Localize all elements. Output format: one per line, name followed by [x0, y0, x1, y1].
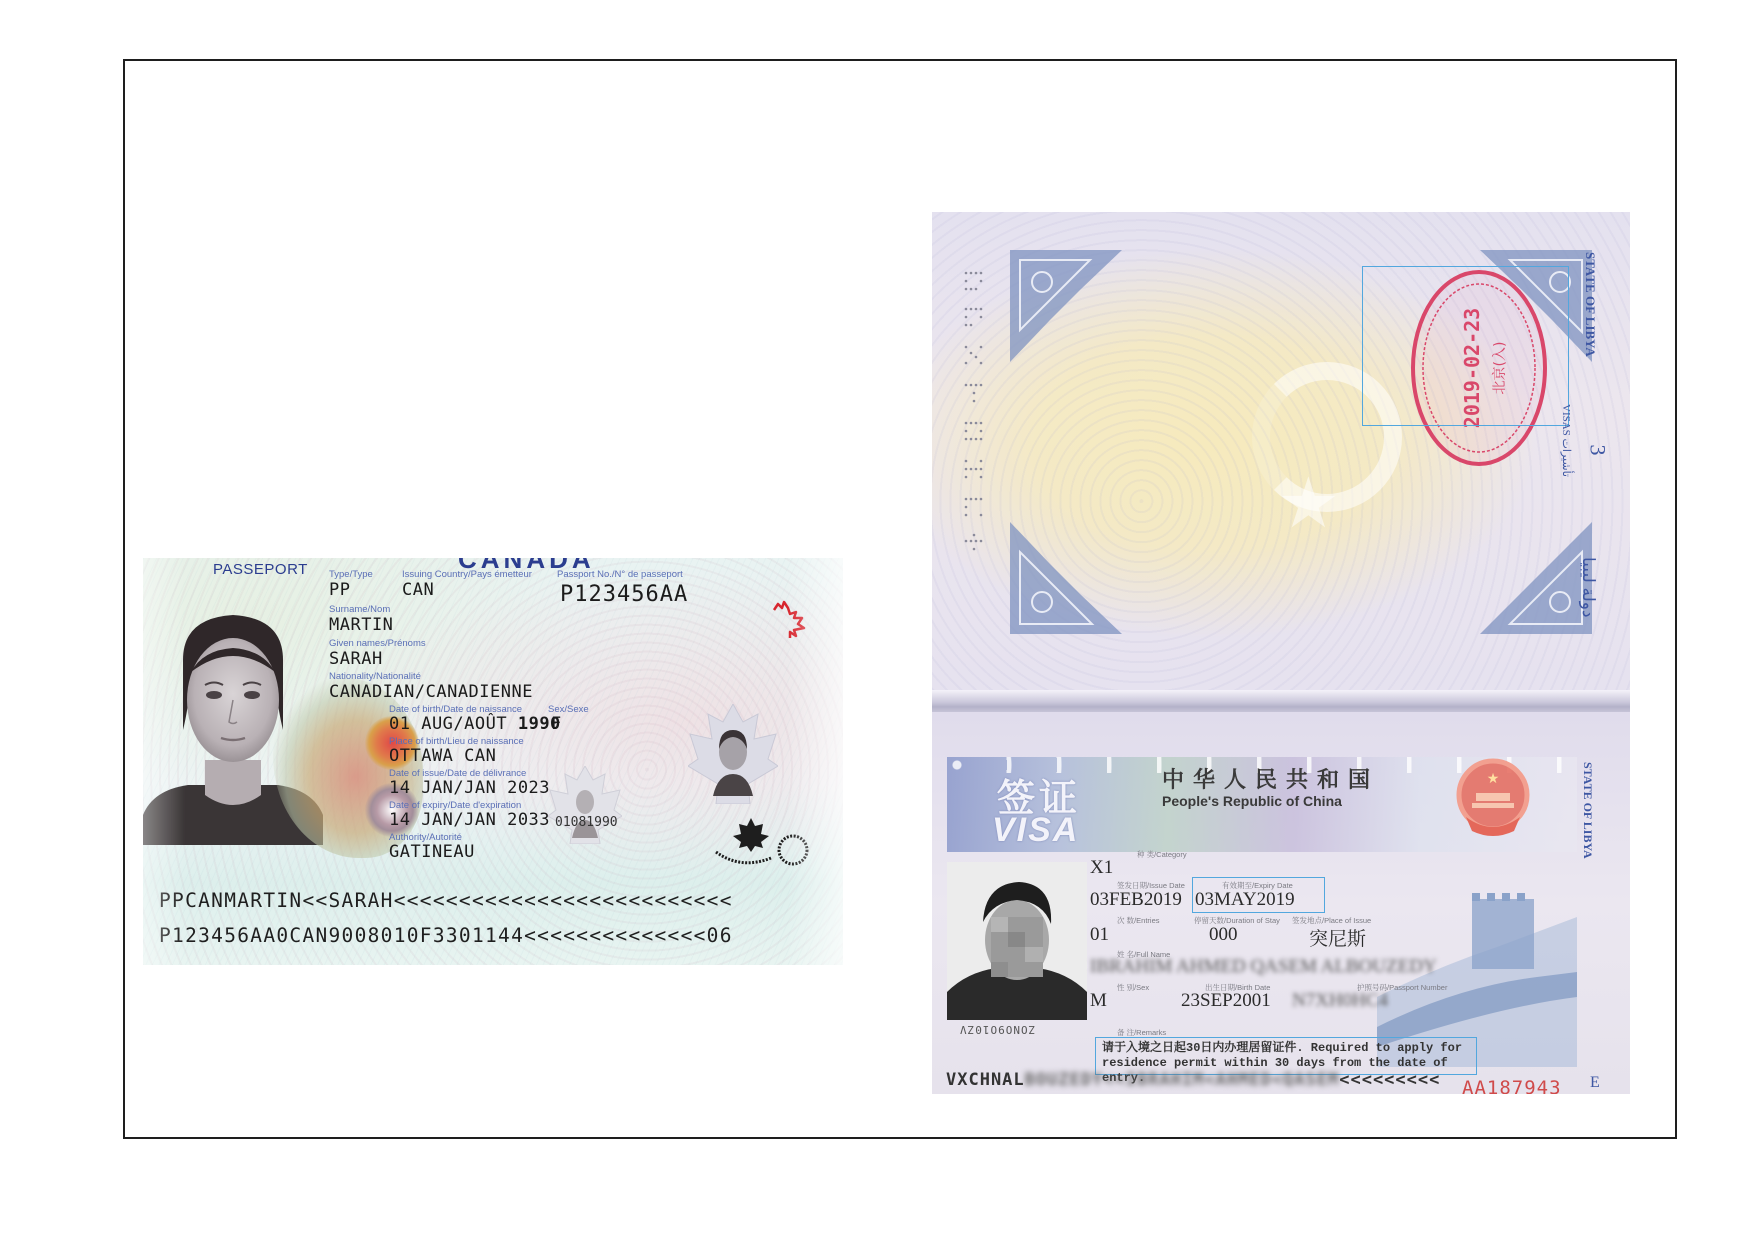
given-names-value: SARAH	[329, 649, 383, 669]
birth-date-value: 23SEP2001	[1181, 990, 1271, 1012]
nationality-label: Nationality/Nationalité	[329, 671, 421, 682]
libya-passport-visa-page: ★	[932, 212, 1630, 1094]
entries-label: 次 数/Entries	[1117, 915, 1160, 926]
corner-ornament-icon	[1010, 522, 1122, 634]
entry-stamp-selection-box[interactable]	[1362, 266, 1569, 426]
sex-value: F	[551, 714, 562, 734]
duration-value: 000	[1209, 924, 1238, 946]
mrz-line-2: P123456AA0CAN9008010F3301144<<<<<<<<<<<<…	[159, 924, 733, 947]
issuing-country-en: People's Republic of China	[1162, 793, 1342, 809]
issuer-name: STATE OF LIBYA	[1582, 252, 1598, 357]
place-of-issue-value: 突尼斯	[1309, 924, 1366, 951]
type-value: PP	[329, 580, 350, 600]
photo-code: ZONO9O10ZV	[959, 1023, 1035, 1036]
date-of-birth-value: 01 AUG/AOÛT 1990	[389, 714, 561, 734]
svg-text:★: ★	[1487, 770, 1500, 786]
issuer-name: STATE OF LIBYA	[1580, 762, 1595, 859]
nationality-value: CANADIAN/CANADIENNE	[329, 682, 533, 702]
star-watermark-icon: ★	[1277, 462, 1340, 544]
mrz-line-1: PPCANMARTIN<<SARAH<<<<<<<<<<<<<<<<<<<<<<…	[159, 889, 733, 912]
chinese-visa-sticker: 签证 VISA 中华人民共和国 People's Republic of Chi…	[947, 737, 1577, 1072]
passport-no-value: P123456AA	[560, 582, 688, 607]
mrz-visible-part: VXCHNAL	[946, 1070, 1025, 1090]
ghost-portrait-icon	[688, 704, 778, 804]
issuer-name-arabic: دولة ليبيا	[1578, 557, 1598, 618]
place-of-birth-value: OTTAWA CAN	[389, 746, 496, 766]
issuing-country-value: CAN	[402, 580, 434, 600]
issuing-country-cn: 中华人民共和国	[1162, 763, 1379, 794]
mrz-redacted-part: BOUZEDY<<IBRAHIM<AHMED<QASEM	[1025, 1070, 1340, 1090]
page-edge-mark: E	[1590, 1074, 1600, 1092]
document-title: PASSEPORT	[213, 561, 308, 578]
given-names-label: Given names/Prénoms	[329, 638, 426, 649]
maple-leaf-icon	[768, 596, 812, 640]
page-number: 3	[1585, 445, 1611, 456]
canada-passport-datapage: CANADA PASSEPORT Type/Type PP Issuing Co…	[143, 558, 843, 965]
category-value: X1	[1090, 857, 1113, 879]
visa-mrz-line: VXCHNALBOUZEDY<<IBRAHIM<AHMED<QASEM<<<<<…	[946, 1070, 1440, 1090]
dob-day-month: 01 AUG/AOÛT	[389, 714, 507, 734]
category-label: 种 类/Category	[1137, 849, 1187, 860]
national-emblem-icon: ★	[1452, 757, 1534, 839]
visas-page-label: VISAS تأشيرات	[1560, 404, 1573, 477]
passport-number-value-redacted: N7XH0HC4	[1292, 990, 1388, 1012]
corner-ornament-icon	[1480, 522, 1592, 634]
entries-value: 01	[1090, 924, 1109, 946]
type-label: Type/Type	[329, 569, 373, 580]
security-seal-icon	[711, 812, 811, 872]
corner-ornament-icon	[1010, 250, 1122, 362]
issuing-country-label: Issuing Country/Pays émetteur	[402, 569, 532, 580]
sex-value: M	[1090, 990, 1107, 1012]
holder-photo-redacted	[947, 862, 1087, 1020]
authority-value: GATINEAU	[389, 842, 475, 862]
sex-label: 性 别/Sex	[1117, 982, 1149, 993]
full-name-value-redacted: IBRAHIM AHMED QASEM ALBOUZEDY	[1090, 956, 1437, 978]
ghost-image-number: 01081990	[555, 815, 618, 830]
surname-value: MARTIN	[329, 615, 393, 635]
ghost-portrait-icon	[548, 766, 622, 844]
expiry-date-selection-box[interactable]	[1192, 877, 1325, 913]
date-of-expiry-value: 14 JAN/JAN 2033	[389, 810, 550, 830]
surname-label: Surname/Nom	[329, 604, 390, 615]
date-of-issue-value: 14 JAN/JAN 2023	[389, 778, 550, 798]
perforated-passport-number	[962, 267, 986, 557]
issue-date-value: 03FEB2019	[1090, 889, 1182, 911]
passport-no-label: Passport No./N° de passeport	[557, 569, 683, 580]
visa-serial-number: AA187943	[1462, 1077, 1562, 1094]
mrz-filler: <<<<<<<<<	[1339, 1070, 1440, 1090]
visa-title-en: VISA	[992, 811, 1079, 850]
